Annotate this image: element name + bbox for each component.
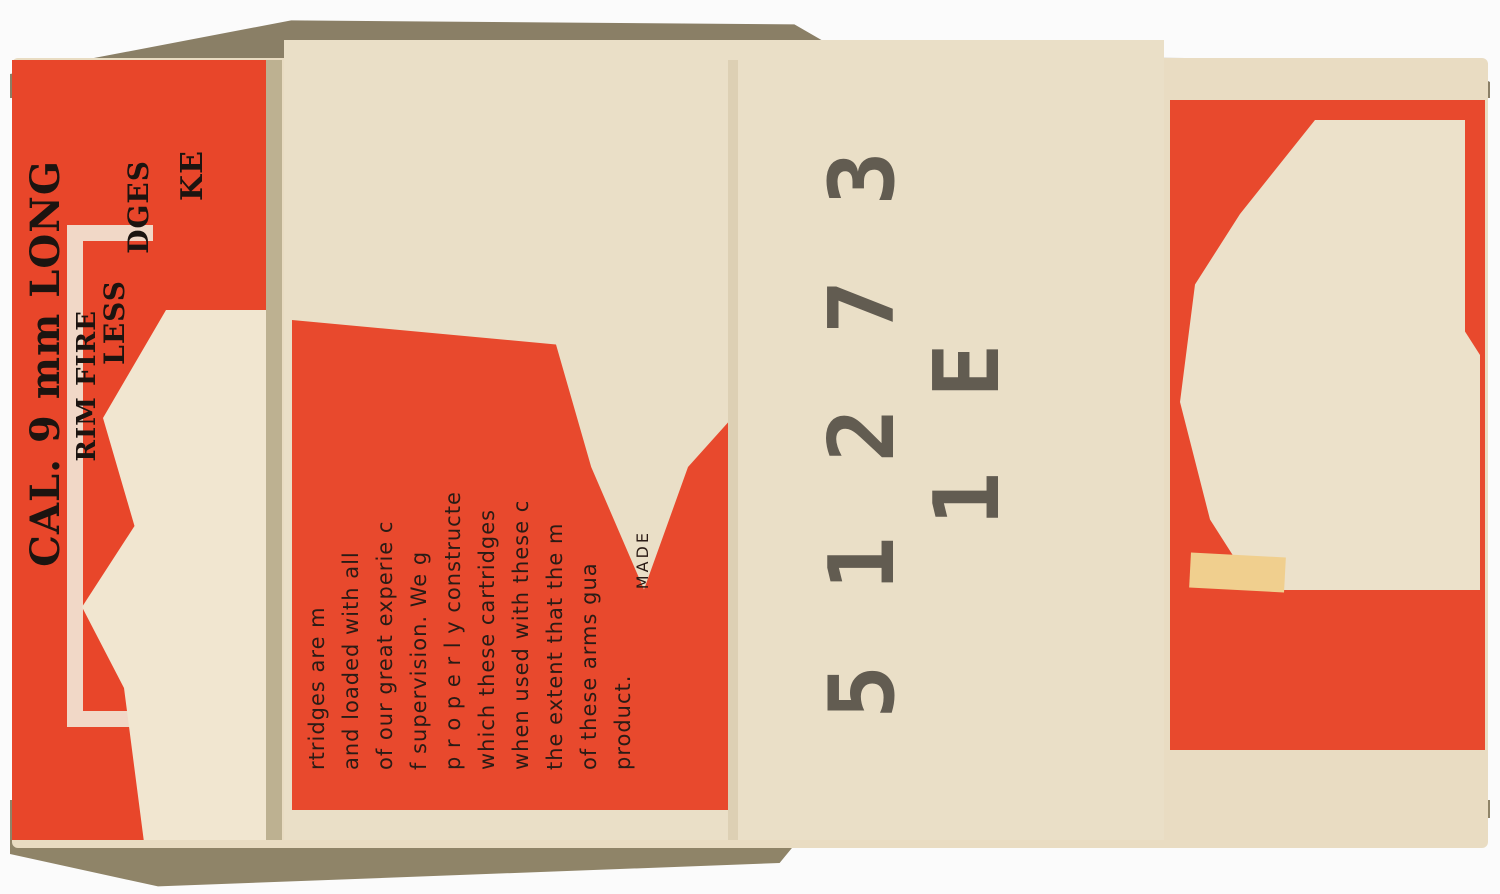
notice-line: the extent that the m bbox=[538, 330, 572, 770]
notice-line: rtridges are m bbox=[300, 330, 334, 770]
torn-label-area bbox=[1180, 120, 1480, 590]
smokeless-label: LESS bbox=[98, 280, 131, 365]
made-label: MADE bbox=[633, 530, 652, 589]
lot-number-stamp: 5 1 2 7 3 1 E bbox=[810, 110, 1020, 750]
caliber-label: CAL. 9 mm LONG bbox=[22, 160, 69, 567]
notice-line: f supervision. We g bbox=[402, 330, 436, 770]
notice-line: p r o p e r l y constructe bbox=[436, 330, 470, 770]
box-seam bbox=[266, 60, 282, 840]
notice-text: rtridges are m and loaded with all of ou… bbox=[300, 330, 640, 770]
cartridge-box-photo: CAL. 9 mm LONG RIM FIRE LESS DGES KE rtr… bbox=[0, 0, 1500, 894]
notice-line: when used with these c bbox=[504, 330, 538, 770]
notice-line: which these cartridges bbox=[470, 330, 504, 770]
notice-line: of our great experie c bbox=[368, 330, 402, 770]
cartridges-label: DGES bbox=[122, 160, 155, 254]
notice-line: of these arms gua bbox=[572, 330, 606, 770]
tape-fragment bbox=[1189, 553, 1286, 593]
notice-line: and loaded with all bbox=[334, 330, 368, 770]
box-fold bbox=[728, 60, 738, 840]
make-label: KE bbox=[175, 150, 210, 201]
end-label-panel-right bbox=[1170, 100, 1485, 750]
